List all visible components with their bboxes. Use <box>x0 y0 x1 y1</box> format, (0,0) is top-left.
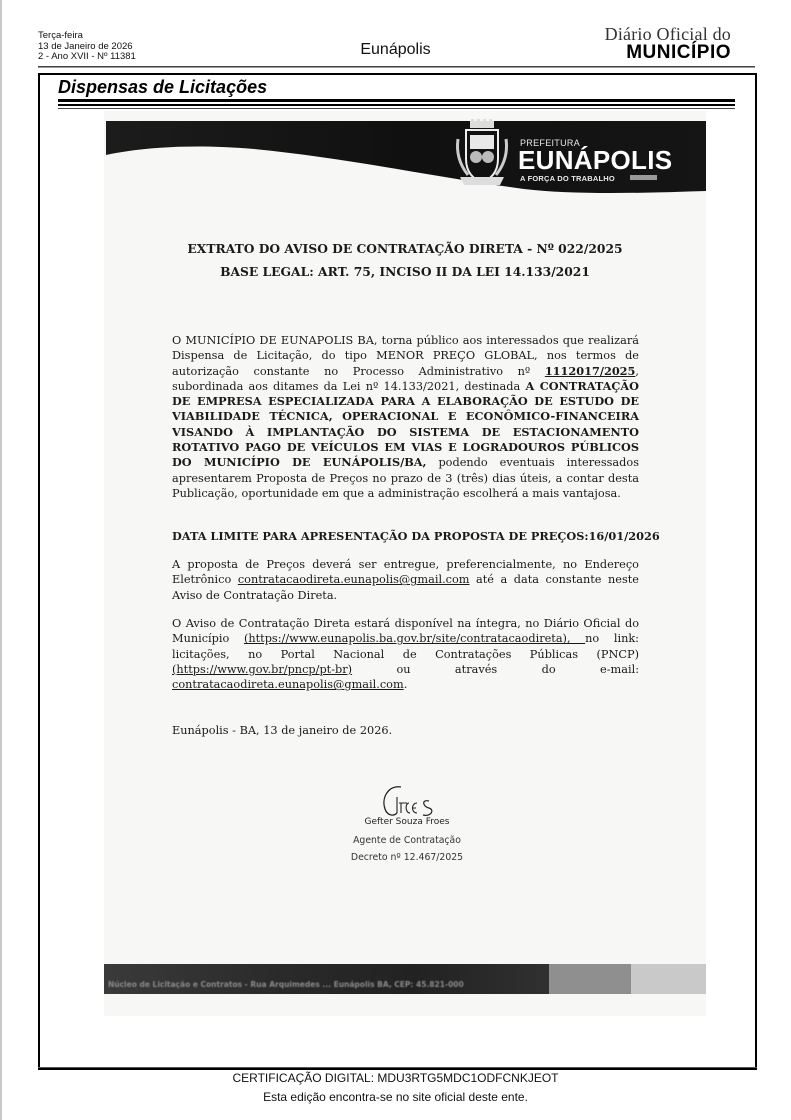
tagline: A FORÇA DO TRABALHO <box>520 174 615 183</box>
footer-band-mid <box>549 964 631 994</box>
diario-oficial-logo: Diário Oficial do MUNICÍPIO <box>596 25 731 63</box>
frame-shadow <box>38 1067 757 1068</box>
header-divider <box>38 66 755 68</box>
municipal-site-link[interactable]: (https://www.eunapolis.ba.gov.br/site/co… <box>244 632 585 645</box>
place-and-date: Eunápolis - BA, 13 de janeiro de 2026. <box>172 724 392 737</box>
handwritten-signature-icon <box>377 783 447 821</box>
process-number: 1112017/2025 <box>545 364 636 378</box>
signatory-name: Gefter Souza Froes <box>322 817 492 827</box>
tagline-bar <box>630 175 657 180</box>
scanned-notice: PREFEITURA EUNÁPOLIS A FORÇA DO TRABALHO… <box>104 111 706 1016</box>
section-divider <box>58 108 735 109</box>
notice-title: EXTRATO DO AVISO DE CONTRATAÇÃO DIRETA -… <box>104 241 706 256</box>
p3-text-c: ou através do e-mail: <box>352 663 639 676</box>
letterhead-banner: PREFEITURA EUNÁPOLIS A FORÇA DO TRABALHO <box>104 119 706 199</box>
pncp-link[interactable]: (https://www.gov.br/pncp/pt-br) <box>172 663 352 676</box>
section-title: Dispensas de Licitações <box>58 77 267 98</box>
p3-text-d: . <box>404 678 408 691</box>
notice-paragraph-3: O Aviso de Contratação Direta estará dis… <box>172 616 639 692</box>
legal-basis: BASE LEGAL: ART. 75, INCISO II DA LEI 14… <box>104 264 706 279</box>
letterhead-footer-band: Núcleo de Licitação e Contratos - Rua Ar… <box>104 964 706 994</box>
digital-certification: CERTIFICAÇÃO DIGITAL: MDU3RTG5MDC1ODFCNK… <box>0 1071 791 1085</box>
footer-band-dark <box>104 964 549 994</box>
brand-line-1: Diário Oficial do <box>596 25 731 43</box>
city-logo-text: EUNÁPOLIS <box>518 146 672 174</box>
signatory-role: Agente de Contratação <box>322 835 492 846</box>
notice-paragraph-1: O MUNICÍPIO DE EUNAPOLIS BA, torna públi… <box>172 333 639 501</box>
weekday: Terça-feira <box>38 31 136 42</box>
email-link[interactable]: contratacaodireta.eunapolis@gmail.com <box>172 678 404 691</box>
proposal-deadline: DATA LIMITE PARA APRESENTAÇÃO DA PROPOST… <box>172 529 639 543</box>
municipal-crest-icon <box>452 119 512 197</box>
page-edge <box>0 0 2 1120</box>
footer-band-light <box>631 964 706 994</box>
section-divider <box>58 104 735 106</box>
email-link[interactable]: contratacaodireta.eunapolis@gmail.com <box>238 573 470 586</box>
notice-paragraph-2: A proposta de Preços deverá ser entregue… <box>172 557 639 603</box>
signatory-decree: Decreto nº 12.467/2025 <box>322 852 492 863</box>
edition-note: Esta edição encontra-se no site oficial … <box>0 1090 791 1104</box>
brand-line-2: MUNICÍPIO <box>596 43 731 63</box>
section-divider <box>58 99 735 102</box>
footer-address: Núcleo de Licitação e Contratos - Rua Ar… <box>108 980 668 989</box>
